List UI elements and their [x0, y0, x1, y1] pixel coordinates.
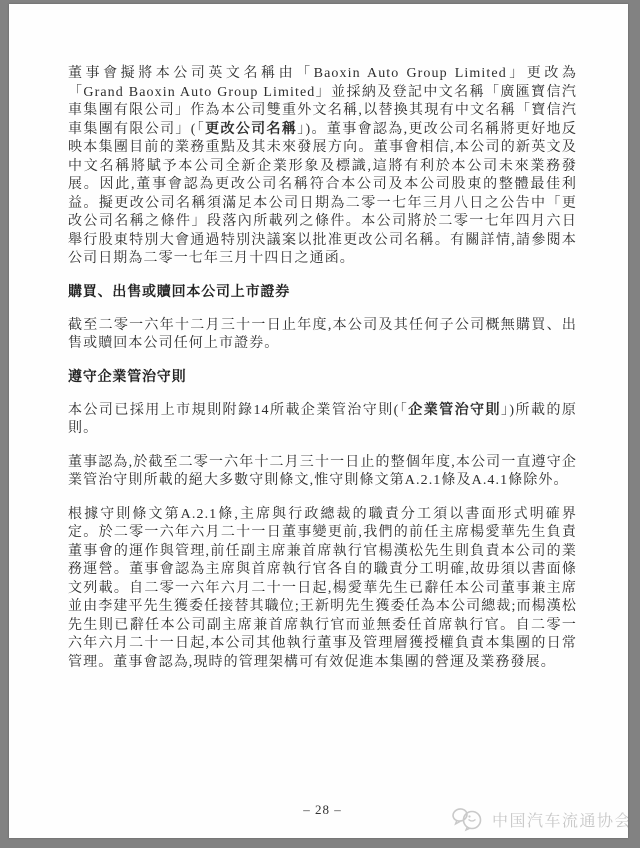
- document-page: 董事會擬將本公司英文名稱由「Baoxin Auto Group Limited」…: [9, 4, 628, 838]
- bold-phrase: 企業管治守則: [408, 403, 501, 418]
- text-segment: 根據守則條文第A.2.1條,主席與行政總裁的職責分工須以書面形式明確界定。於二零…: [68, 507, 577, 670]
- watermark: 中国汽车流通协会: [451, 804, 628, 834]
- para-code-a21-explanation: 根據守則條文第A.2.1條,主席與行政總裁的職責分工須以書面形式明確界定。於二零…: [68, 506, 577, 673]
- page-number: – 28 –: [303, 802, 342, 817]
- text-segment: 截至二零一六年十二月三十一日止年度,本公司及其任何子公司概無購買、出售或贖回本公…: [68, 318, 577, 352]
- article: 董事會擬將本公司英文名稱由「Baoxin Auto Group Limited」…: [68, 65, 577, 687]
- heading-purchase-sale-redemption: 購買、出售或贖回本公司上市證券: [68, 284, 577, 301]
- watermark-text: 中国汽车流通协会: [492, 808, 628, 831]
- para-cg-compliance: 董事認為,於截至二零一六年十二月三十一日止的整個年度,本公司一直遵守企業管治守則…: [68, 454, 577, 491]
- heading-corporate-governance-code: 遵守企業管治守則: [68, 369, 577, 386]
- para-company-name-change: 董事會擬將本公司英文名稱由「Baoxin Auto Group Limited」…: [68, 65, 577, 269]
- text-segment: 本公司已採用上市規則附錄14所載企業管治守則(「: [68, 403, 408, 418]
- text-segment: 董事認為,於截至二零一六年十二月三十一日止的整個年度,本公司一直遵守企業管治守則…: [68, 455, 577, 489]
- para-cg-code-adoption: 本公司已採用上市規則附錄14所載企業管治守則(「企業管治守則」)所載的原則。: [68, 402, 577, 439]
- text-segment: 」)。董事會認為,更改公司名稱將更好地反映本集團目前的業務重點及其未來發展方向。…: [68, 122, 577, 267]
- association-logo-icon: [451, 804, 485, 834]
- bold-phrase: 更改公司名稱: [205, 122, 297, 137]
- para-no-purchase: 截至二零一六年十二月三十一日止年度,本公司及其任何子公司概無購買、出售或贖回本公…: [68, 317, 577, 354]
